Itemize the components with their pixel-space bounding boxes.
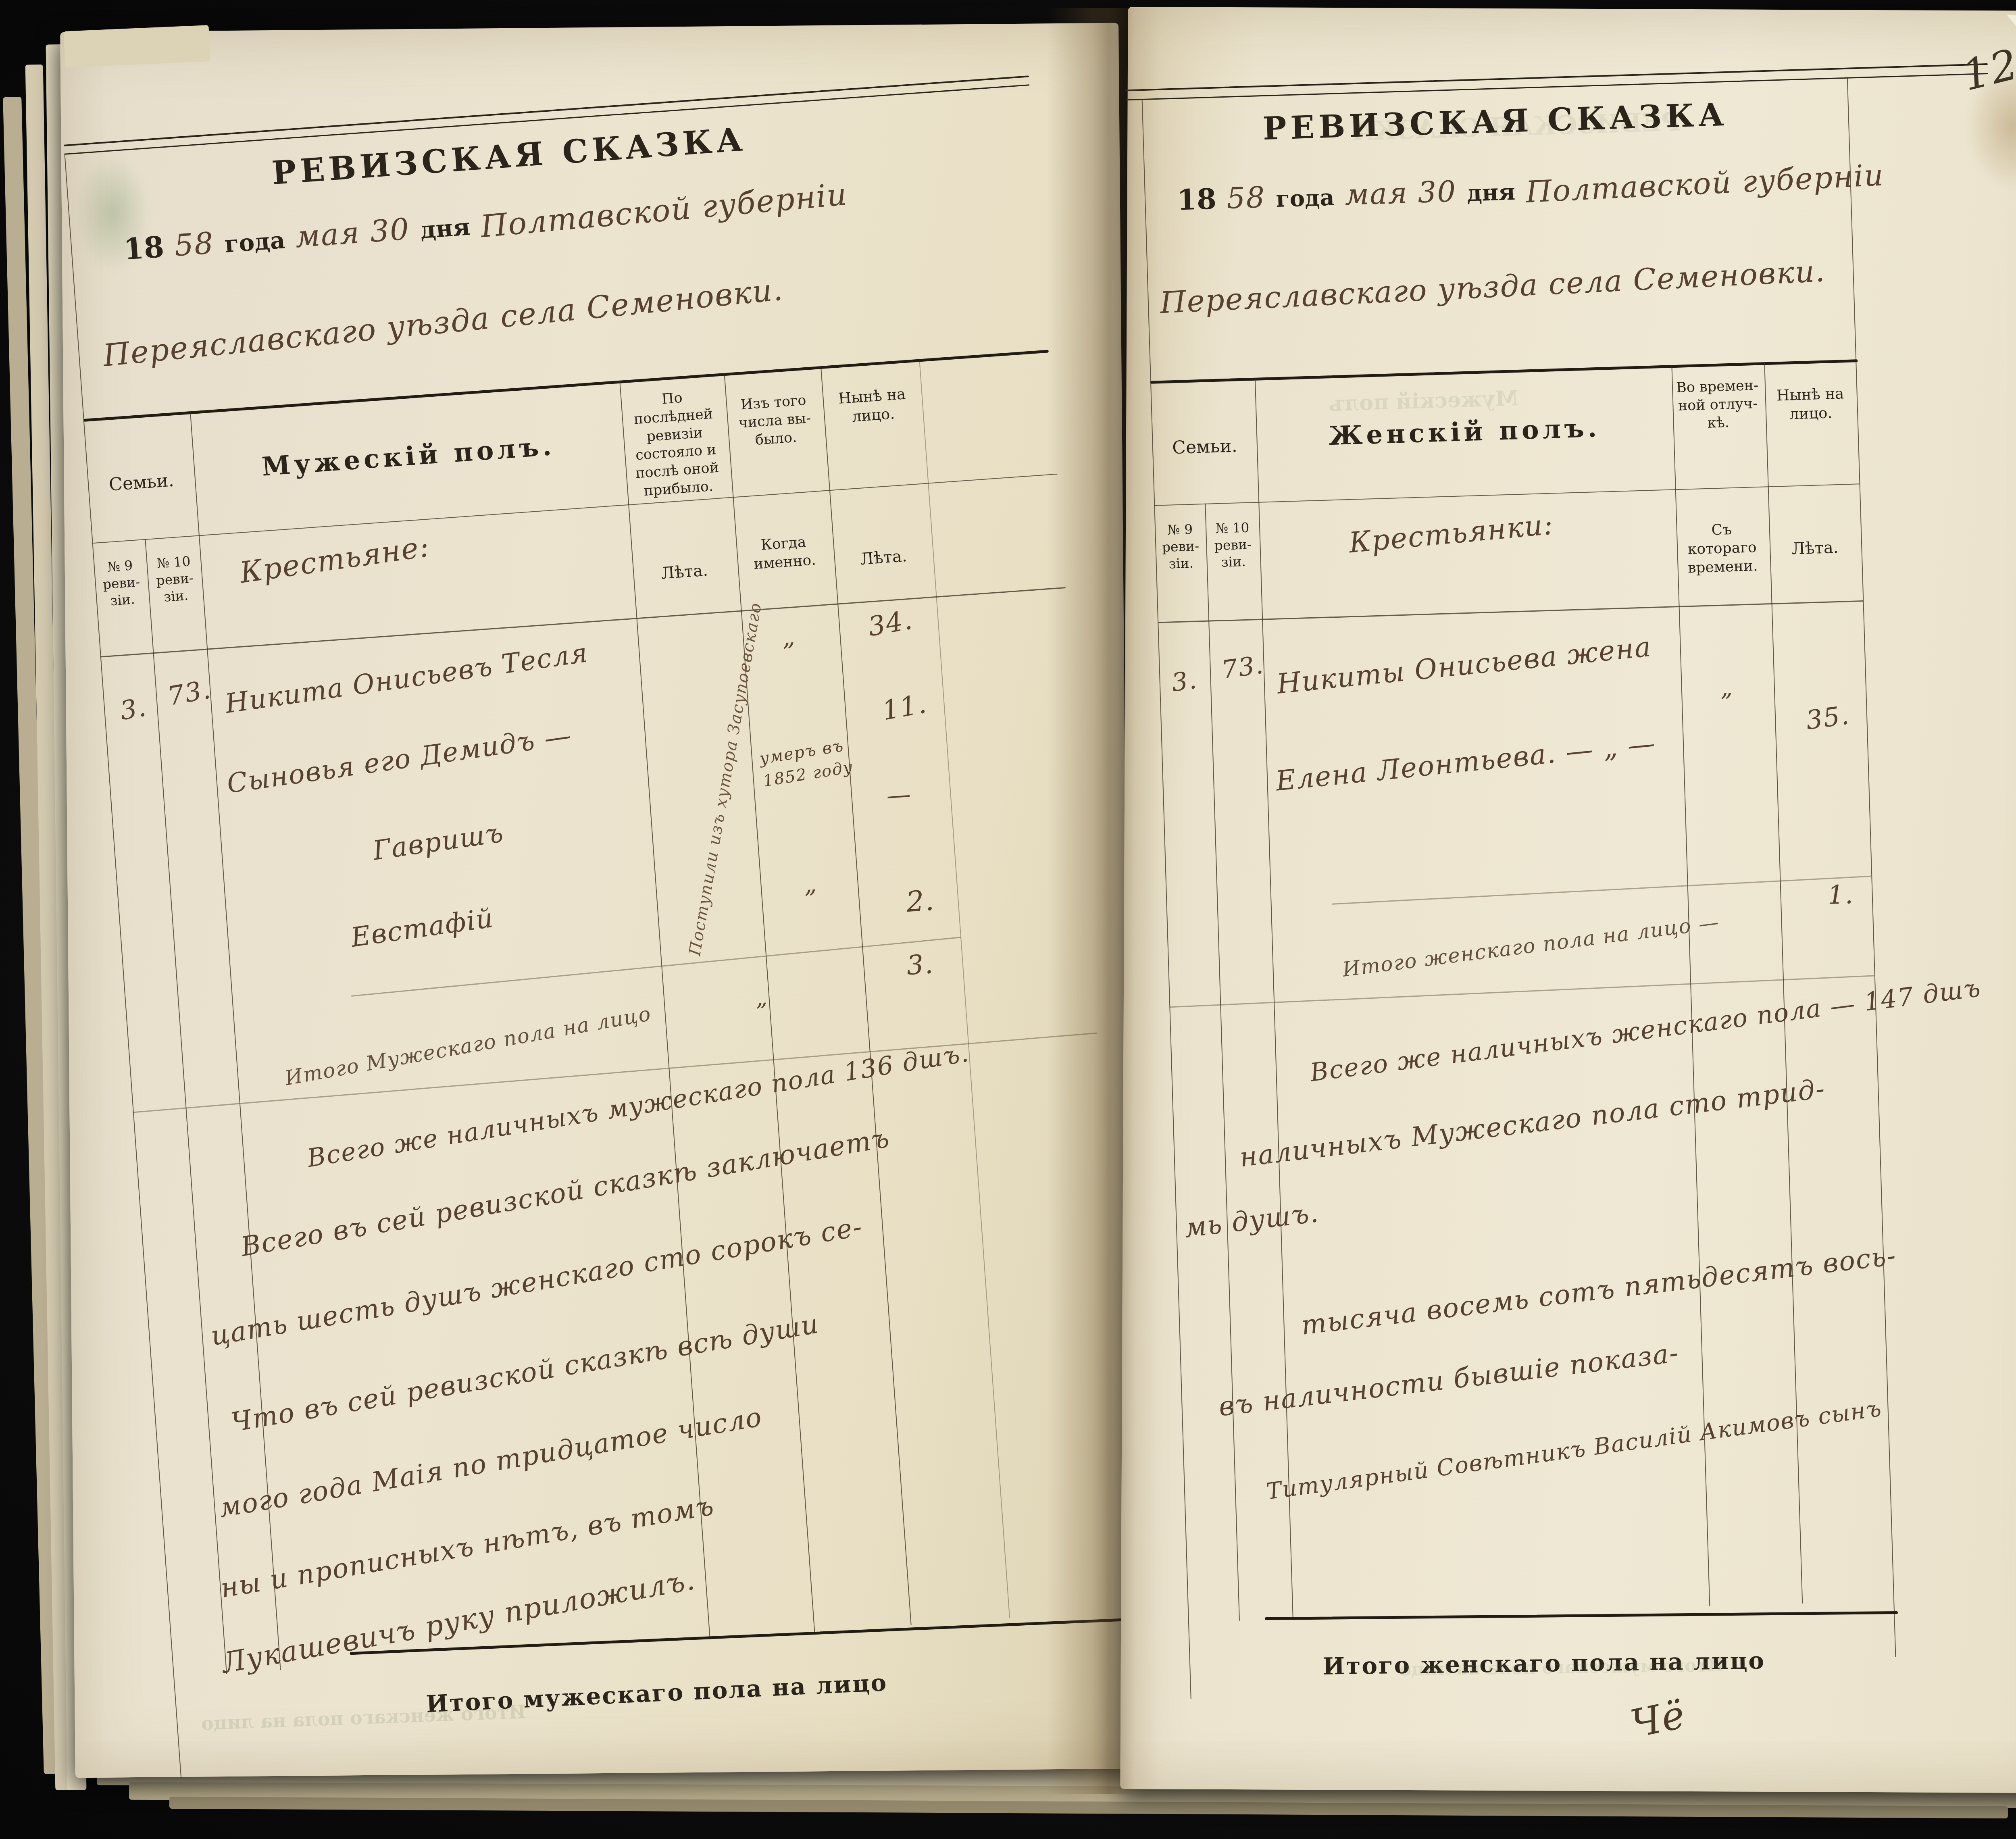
- entry-name-line: Евстафій: [349, 902, 496, 953]
- gutter-shadow: [1047, 8, 1160, 1794]
- column-line: [1255, 378, 1293, 1619]
- subtotal-rule: [1332, 876, 1871, 905]
- place-line: Переяславскаго уѣзда села Семеновки.: [1159, 254, 1826, 320]
- death-note: умеръ въ 1852 году: [758, 729, 885, 792]
- bleed-text: Итого мужескаго пола на лицо: [1400, 1655, 1724, 1680]
- col-header-absence: Во времен­ной отлуч­кѣ.: [1672, 377, 1763, 433]
- paragraph-line: въ наличности бывшіе показа-: [1217, 1337, 1681, 1422]
- year-prefix: 18: [1177, 182, 1217, 217]
- col-header-rev10: № 10 реви­зіи.: [146, 552, 203, 607]
- province-hw: Полтавской губерніи: [479, 176, 849, 244]
- subtotal-value: 3.: [906, 948, 935, 981]
- col-header-rev10: № 10 реви­зіи.: [1206, 519, 1260, 572]
- age-value: 35.: [1804, 700, 1851, 736]
- day-suffix: дня: [1466, 179, 1516, 207]
- year-suffix: года: [223, 226, 286, 258]
- col-header-departed: Изъ того числа вы­было.: [727, 390, 823, 451]
- right-page-content: РЕВИЗСКАЯ СКАЗКА РЕВИЗСКАЯ СКАЗКА 18 58 …: [1125, 36, 2016, 1780]
- month-day-hw: мая 30: [294, 212, 411, 254]
- year-suffix: года: [1275, 184, 1335, 212]
- bleed-text: Мужескій полъ: [1328, 386, 1519, 416]
- entry-name-line: Никита Онисьевъ Тесля: [223, 637, 590, 719]
- family-number-rev9: 3.: [118, 692, 149, 726]
- entry-name-line: Елена Леонтьева. — „ —: [1275, 727, 1658, 797]
- year-hw: 58: [173, 226, 215, 263]
- column-line: [145, 539, 227, 1674]
- estate-label: Крестьяне:: [238, 529, 432, 589]
- col-header-rev9: № 9 реви­зіи.: [1155, 521, 1207, 573]
- year-prefix: 18: [123, 229, 165, 267]
- col-header-present-sub: Лѣта.: [1770, 537, 1860, 560]
- right-page: РЕВИЗСКАЯ СКАЗКА РЕВИЗСКАЯ СКАЗКА 18 58 …: [1120, 7, 2016, 1793]
- subtotal-label: Итого женскаго пола на лицо —: [1341, 910, 1721, 981]
- column-line: [919, 359, 1010, 1618]
- ditto-mark: „: [1720, 674, 1734, 702]
- age-value: 11.: [880, 688, 929, 726]
- paragraph-line: тысяча восемь сотъ пятьдесятъ вось-: [1300, 1240, 1898, 1341]
- entry-name-line: Никиты Онисьева жена: [1275, 631, 1653, 700]
- date-line: 18 58 года мая 30 дня Полтавской губерні…: [1177, 161, 1885, 217]
- summary-line: Всего же наличныхъ женскаго пола — 147 д…: [1308, 973, 1983, 1087]
- subtotal-value: 1.: [1827, 880, 1854, 910]
- entry-name-line: Гавришъ: [371, 817, 506, 866]
- ditto-mark: „: [803, 870, 818, 899]
- footer-rule: [1265, 1611, 1898, 1620]
- estate-label: Крестьянки:: [1347, 508, 1555, 559]
- family-number-rev10: 73.: [1220, 650, 1265, 684]
- column-line: [190, 411, 281, 1670]
- col-header-absence-sub: Съ котораго времени.: [1677, 519, 1767, 578]
- age-value: 34.: [866, 604, 915, 642]
- col-header-family: Семьи.: [87, 468, 196, 498]
- archival-scan: РЕВИЗСКАЯ СКАЗКА 18 58 года мая 30 дня П…: [0, 0, 2016, 1839]
- signature-line: Титулярный Совѣтникъ Василій Акимовъ сын…: [1265, 1395, 1883, 1505]
- col-header-gender: Женскій полъ.: [1256, 409, 1672, 455]
- col-header-present: Нынѣ на лицо.: [1766, 384, 1856, 425]
- family-number-rev9: 3.: [1170, 665, 1199, 698]
- bleed-text: Итого женскаго пола на лицо: [201, 1701, 527, 1735]
- month-day-hw: мая 30: [1344, 174, 1457, 211]
- subtotal-ditto: „: [754, 984, 769, 1011]
- col-header-family: Семьи.: [1152, 434, 1258, 460]
- col-header-rev9: № 9 реви­зіи.: [94, 556, 150, 611]
- place-line: Переяславскаго уѣзда села Семеновки.: [101, 271, 785, 373]
- province-hw: Полтавской губерніи: [1525, 158, 1885, 210]
- paragraph-line: наличныхъ Мужескаго пола сто трид-: [1238, 1073, 1827, 1173]
- col-header-departed-sub: Когда имен­но.: [737, 531, 832, 575]
- ditto-mark: „: [781, 623, 796, 652]
- paragraph-line: мь душъ.: [1183, 1197, 1320, 1244]
- entry-name-line: Сыновья его Демидъ —: [225, 720, 574, 800]
- col-header-last-revision: По послѣдней ревизіи состо­яло и послѣ о…: [621, 386, 729, 502]
- col-header-last-revision-sub: Лѣта.: [633, 558, 735, 586]
- year-hw: 58: [1226, 180, 1266, 215]
- col-header-present: Нынѣ на лицо.: [823, 383, 922, 429]
- header-bottom-rule: [1158, 600, 1863, 623]
- left-page-corner-fold: [64, 25, 210, 68]
- corner-mark: Чё: [1627, 1691, 1689, 1747]
- age-value: 2.: [905, 883, 936, 918]
- page-left-border: [64, 154, 181, 1779]
- col-header-gender: Мужескій полъ.: [193, 425, 624, 489]
- family-number-rev10: 73.: [165, 675, 213, 712]
- subtotal-label: Итого Мужескаго пола на лицо: [283, 1002, 653, 1090]
- day-suffix: дня: [419, 213, 471, 244]
- col-header-present-sub: Лѣта.: [835, 544, 933, 572]
- subtotal-rule: [351, 937, 961, 997]
- left-page: РЕВИЗСКАЯ СКАЗКА 18 58 года мая 30 дня П…: [60, 23, 1134, 1778]
- age-value: —: [885, 780, 912, 810]
- left-page-content: РЕВИЗСКАЯ СКАЗКА 18 58 года мая 30 дня П…: [62, 52, 1147, 1794]
- header-divider: [1154, 483, 1859, 506]
